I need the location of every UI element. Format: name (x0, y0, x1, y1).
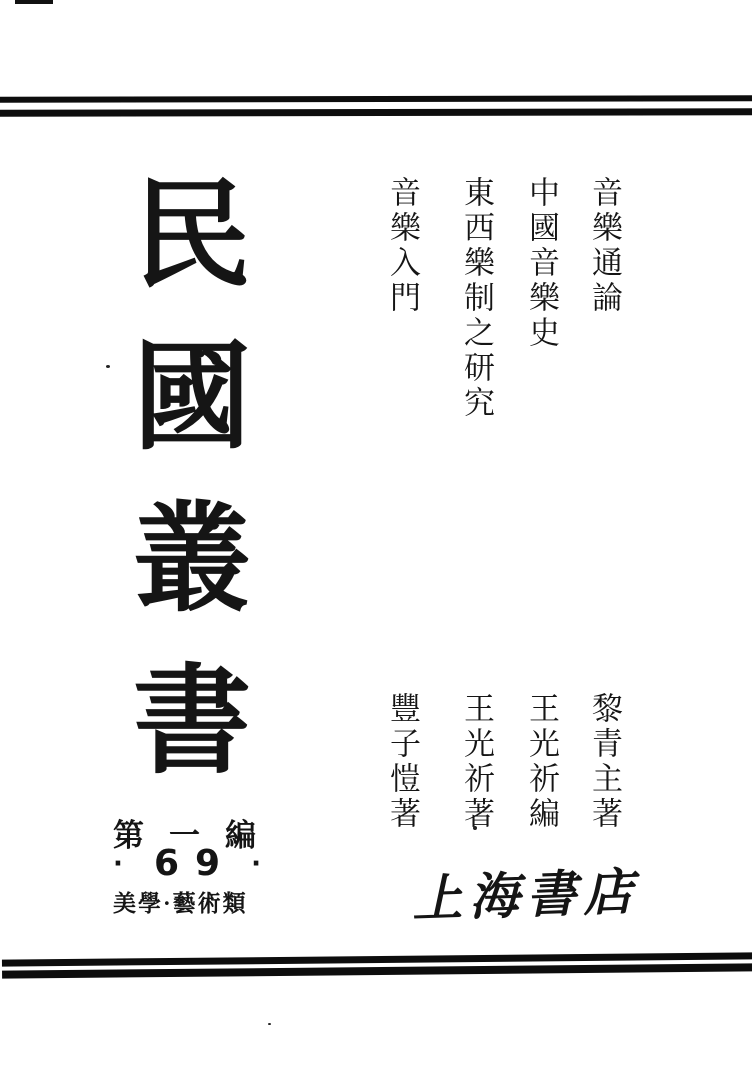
book-author: 黎青主著 (586, 692, 622, 832)
volume-number-row: · 69 · (113, 845, 261, 883)
book-author: 王光祈編 (523, 692, 559, 832)
top-left-ink-mark (15, 0, 53, 4)
book-column-2: 中國音樂史 王光祈編 (523, 176, 559, 832)
top-double-rule-upper (0, 95, 752, 103)
scan-speck (106, 365, 110, 368)
book-author: 王光祈著 (458, 692, 494, 832)
series-title: 民國叢書 (118, 172, 242, 812)
category-label: 美學·藝術類 (113, 885, 283, 918)
book-column-3: 東西樂制之研究 王光祈著 (458, 176, 494, 832)
bottom-double-rule (2, 952, 752, 978)
book-title: 東西樂制之研究 (458, 176, 494, 421)
book-title: 中國音樂史 (523, 176, 559, 351)
volume-number: 69 (154, 845, 236, 883)
book-cover-page: 民國叢書 第一編 · 69 · 美學·藝術類 音樂通論 黎青主著 中國音樂史 王… (0, 0, 752, 1071)
book-author: 豐子愷著 (384, 692, 420, 832)
scan-speck (473, 826, 477, 830)
book-column-1: 音樂通論 黎青主著 (586, 176, 622, 832)
top-double-rule-lower (0, 108, 752, 117)
book-title: 音樂入門 (384, 176, 420, 316)
publisher-signature: 上海書店 (411, 853, 613, 932)
scan-speck (268, 1023, 271, 1025)
volume-right-dot: · (251, 847, 261, 881)
book-column-4: 音樂入門 豐子愷著 (384, 176, 420, 832)
volume-left-dot: · (113, 847, 123, 881)
book-title: 音樂通論 (586, 176, 622, 316)
